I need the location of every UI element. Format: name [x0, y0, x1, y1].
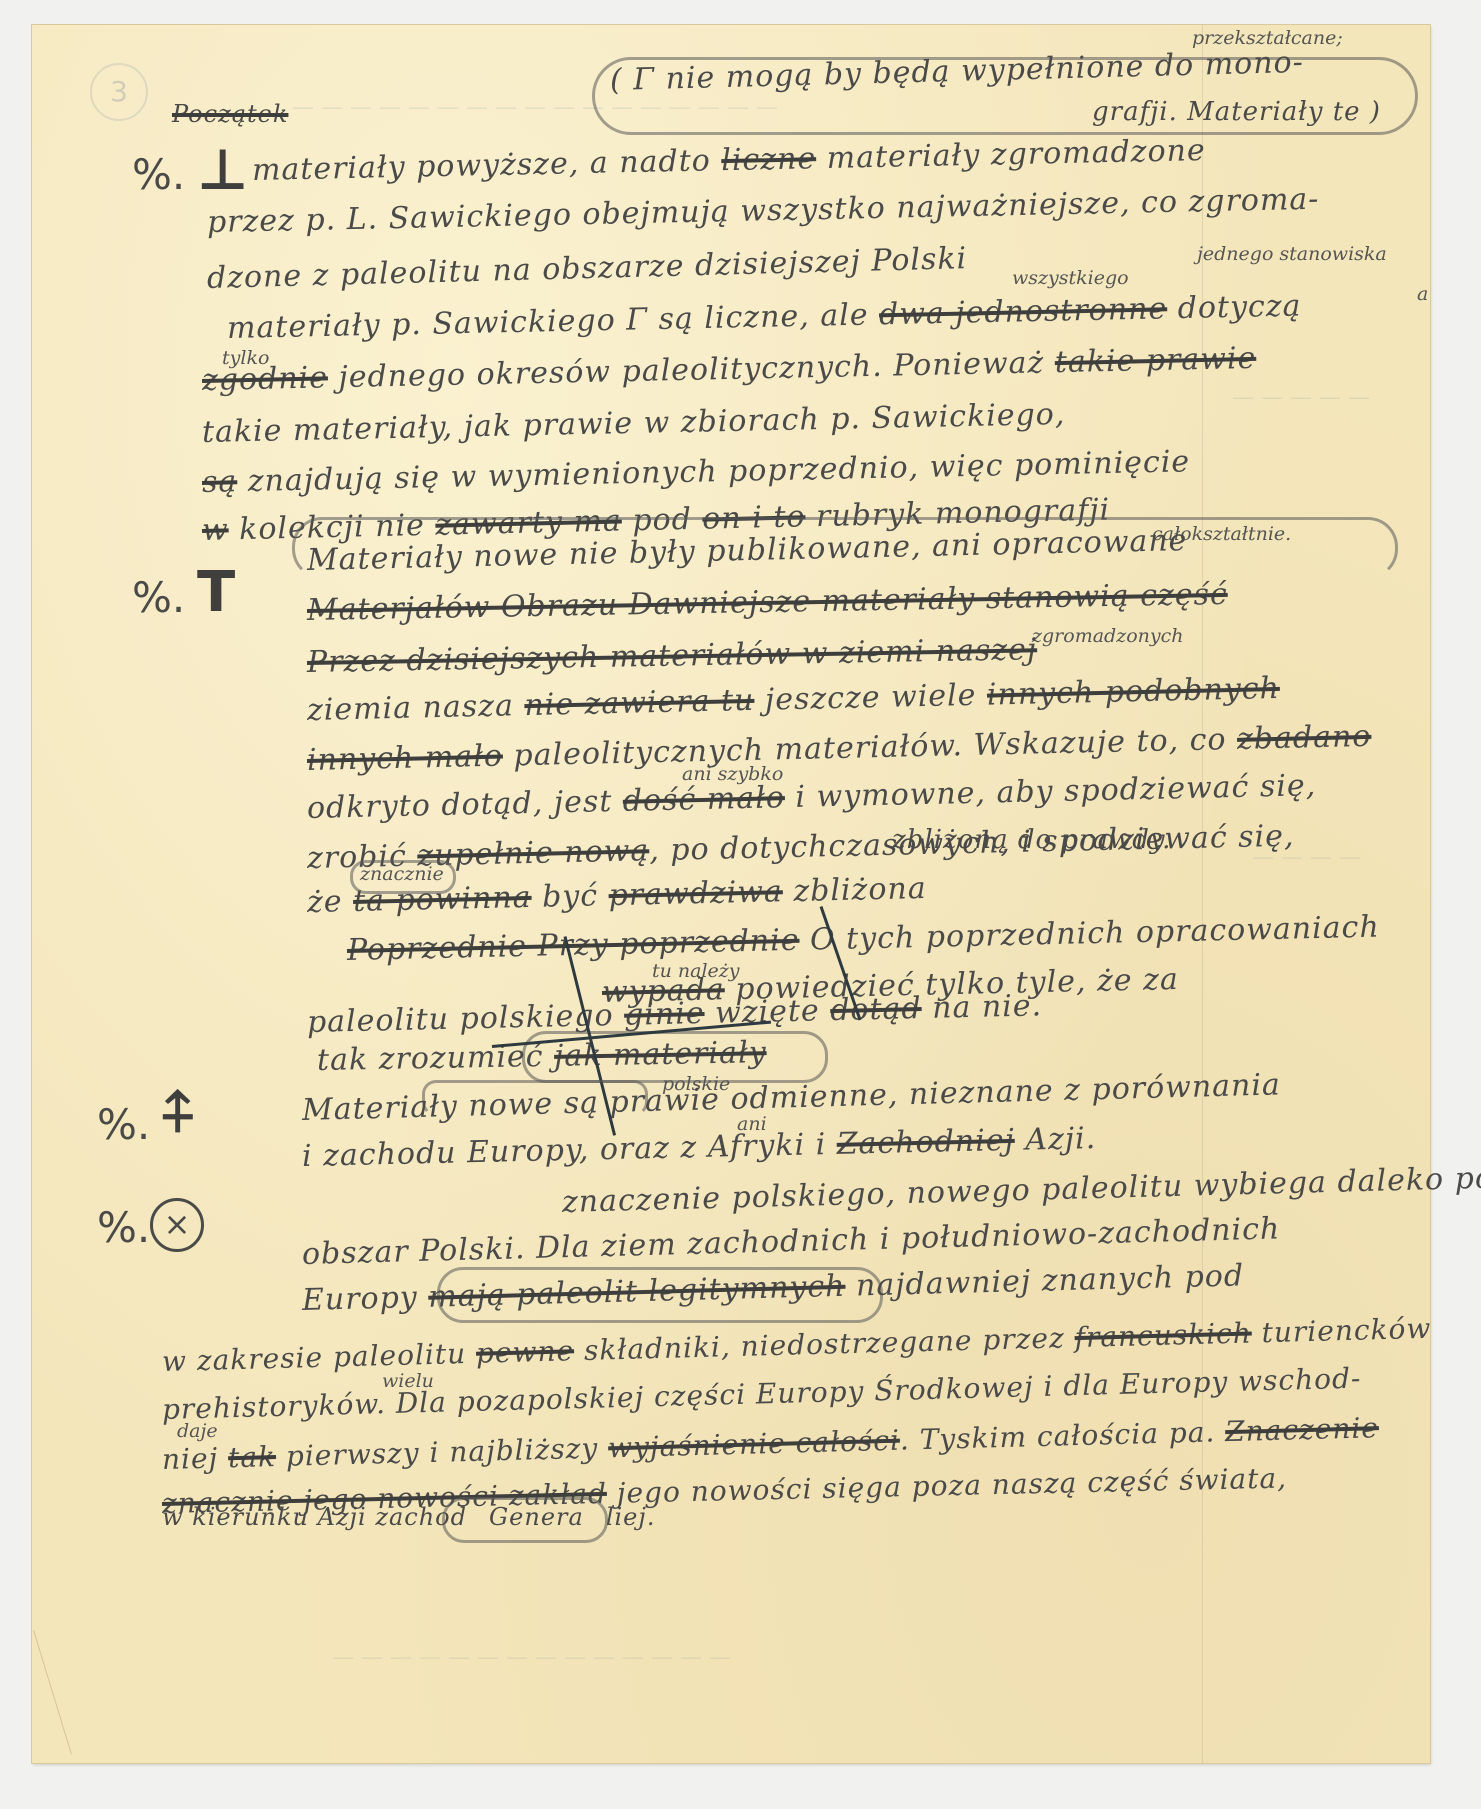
paper-crease — [33, 1630, 72, 1755]
struck-line: Materjałów Obrazu Dawniejsze materiały s… — [307, 577, 1228, 628]
section-marker-perpendicular-icon: ⊥ — [197, 143, 248, 199]
text-line: takie materiały, jak prawie w zbiorach p… — [202, 397, 1066, 450]
page-number-circle: 3 — [90, 63, 148, 121]
text-line: są znajdują się w wymienionych poprzedni… — [202, 444, 1191, 500]
insertion-text: wszystkiego — [1012, 267, 1129, 289]
text-line: odkryto dotąd, jest dość mało i wymowne,… — [307, 768, 1317, 826]
struck-line: Przez dzisiejszych materiałów w ziemi na… — [307, 632, 1038, 680]
text-line: w kierunku Azji zachodGeneraliej. — [162, 1503, 655, 1531]
text-line: innych mało paleolitycznych materiałów. … — [307, 719, 1372, 778]
bleed-through-text: — — — — — — — — — — — — — — — [332, 1645, 731, 1670]
insertion-text: jednego stanowiska — [1197, 243, 1387, 265]
text-line: dzone z paleolitu na obszarze dzisiejsze… — [207, 241, 968, 296]
text-line: ziemia nasza nie zawiera tu jeszcze wiel… — [307, 671, 1281, 728]
paper-fold-line — [1202, 25, 1203, 1763]
section-mark: %. — [132, 150, 185, 199]
struck-heading: Początek — [172, 100, 288, 128]
text-line: przez p. L. Sawickiego obejmują wszystko… — [207, 182, 1320, 240]
text-line: Poprzednie Przy poprzednie O tych poprze… — [347, 910, 1380, 968]
text-line: znaczenie polskiego, nowego paleolitu wy… — [562, 1160, 1481, 1220]
section-marker-tau-icon: Τ — [197, 565, 235, 621]
text-line: materiały powyższe, a nadto liczne mater… — [252, 133, 1206, 188]
text-line: zgodnie jednego okresów paleolitycznych.… — [202, 341, 1257, 398]
text-line: i zachodu Europy, oraz z Afryki i Zachod… — [302, 1121, 1097, 1174]
section-mark: %. — [97, 1203, 150, 1252]
text-line: materiały p. Sawickiego Γ są liczne, ale… — [227, 288, 1302, 345]
insertion-text: zgromadzonych — [1032, 625, 1184, 647]
top-note-line-2: grafji. Materiały te ) — [1092, 97, 1381, 127]
section-mark: %. — [132, 573, 185, 622]
manuscript-page: 3 — — — — — — — — — — — — — — — — — — — … — [32, 25, 1430, 1763]
section-mark: %. — [97, 1100, 150, 1149]
insertion-text: a — [1417, 283, 1428, 305]
insertion-text: daje — [177, 1420, 218, 1442]
bleed-through-text: — — — — — — [1232, 385, 1370, 410]
section-marker-arrow-up-icon: ⍏ — [162, 1085, 196, 1141]
section-marker-circled-x-icon: × — [150, 1198, 204, 1252]
text-line: zbliżoną do prawdy. — [892, 825, 1171, 855]
